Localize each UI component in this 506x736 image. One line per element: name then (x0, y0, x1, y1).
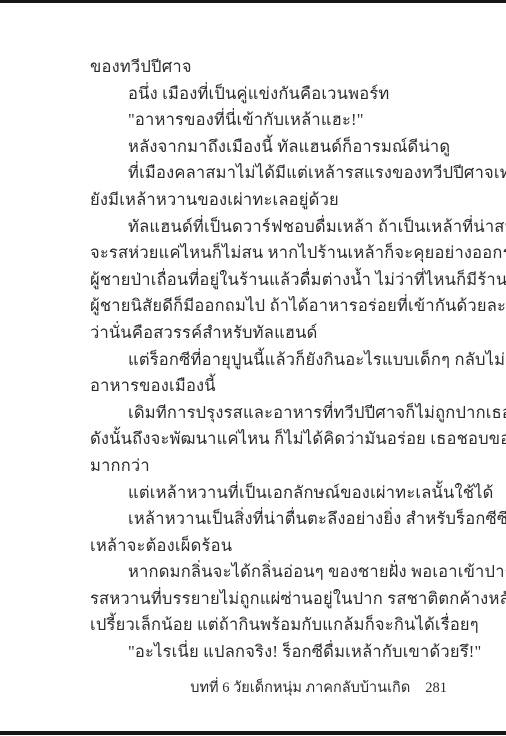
book-page: ของทวีปปีศาจ อนึ่ง เมืองที่เป็นคู่แข่งกั… (0, 0, 506, 736)
text-line: จะรสห่วยแค่ไหนก็ไม่สน หากไปร้านเหล้าก็จะ… (90, 240, 472, 267)
text-line: ยังมีเหล้าหวานของเผ่าทะเลอยู่ด้วย (90, 187, 472, 214)
text-line: อาหารของเมืองนี้ (90, 373, 472, 400)
page-footer: บทที่ 6 วัยเด็กหนุ่ม ภาคกลับบ้านเกิด 281 (190, 679, 447, 697)
text-line: เหล้าจะต้องเผ็ดร้อน (90, 533, 472, 560)
text-line: อนึ่ง เมืองที่เป็นคู่แข่งกันคือเวนพอร์ท (90, 81, 472, 108)
text-line: มากกว่า (90, 453, 472, 480)
text-line: หลังจากมาถึงเมืองนี้ ทัลแฮนด์ก็อารมณ์ดีน… (90, 134, 472, 161)
text-line: "อะไรเนี่ย แปลกจริง! ร็อกซีดื่มเหล้ากับเ… (90, 639, 472, 666)
text-line: ของทวีปปีศาจ (90, 54, 472, 81)
text-line: ดังนั้นถึงจะพัฒนาแค่ไหน ก็ไม่ได้คิดว่ามั… (90, 426, 472, 453)
text-line: แต่ร็อกซีที่อายุปูนนี้แล้วก็ยังกินอะไรแบ… (90, 347, 472, 374)
page-top-border (0, 0, 506, 3)
text-line: เปรี้ยวเล็กน้อย แต่ถ้ากินพร้อมกับแกล้มก็… (90, 612, 472, 639)
text-line: หากดมกลิ่นจะได้กลิ่นอ่อนๆ ของชายฝั่ง พอเ… (90, 559, 472, 586)
page-bottom-border (0, 731, 506, 735)
text-line: ทัลแฮนด์ที่เป็นดวาร์ฟชอบดื่มเหล้า ถ้าเป็… (90, 214, 472, 241)
text-line: แต่เหล้าหวานที่เป็นเอกลักษณ์ของเผ่าทะเลน… (90, 480, 472, 507)
footer-chapter-title: บทที่ 6 วัยเด็กหนุ่ม ภาคกลับบ้านเกิด (190, 679, 410, 697)
text-line: เดิมทีการปรุงรสและอาหารที่ทวีปปีศาจก็ไม่… (90, 400, 472, 427)
text-line: ที่เมืองคลาสมาไม่ได้มีแต่เหล้ารสแรงของทว… (90, 160, 472, 187)
text-line: ว่านั่นคือสวรรค์สำหรับทัลแฮนด์ (90, 320, 472, 347)
text-line: ผู้ชายป่าเถื่อนที่อยู่ในร้านแล้วดื่มต่าง… (90, 267, 472, 294)
text-line: เหล้าหวานเป็นสิ่งที่น่าตื่นตะลึงอย่างยิ่… (90, 506, 472, 533)
page-text-block: ของทวีปปีศาจ อนึ่ง เมืองที่เป็นคู่แข่งกั… (90, 54, 472, 666)
text-line: รสหวานที่บรรยายไม่ถูกแผ่ซ่านอยู่ในปาก รส… (90, 586, 472, 613)
text-line: "อาหารของที่นี่เข้ากับเหล้าแฮะ!" (90, 107, 472, 134)
text-line: ผู้ชายนิสัยดีก็มีออกถมไป ถ้าได้อาหารอร่อ… (90, 293, 472, 320)
footer-page-number: 281 (425, 679, 447, 697)
